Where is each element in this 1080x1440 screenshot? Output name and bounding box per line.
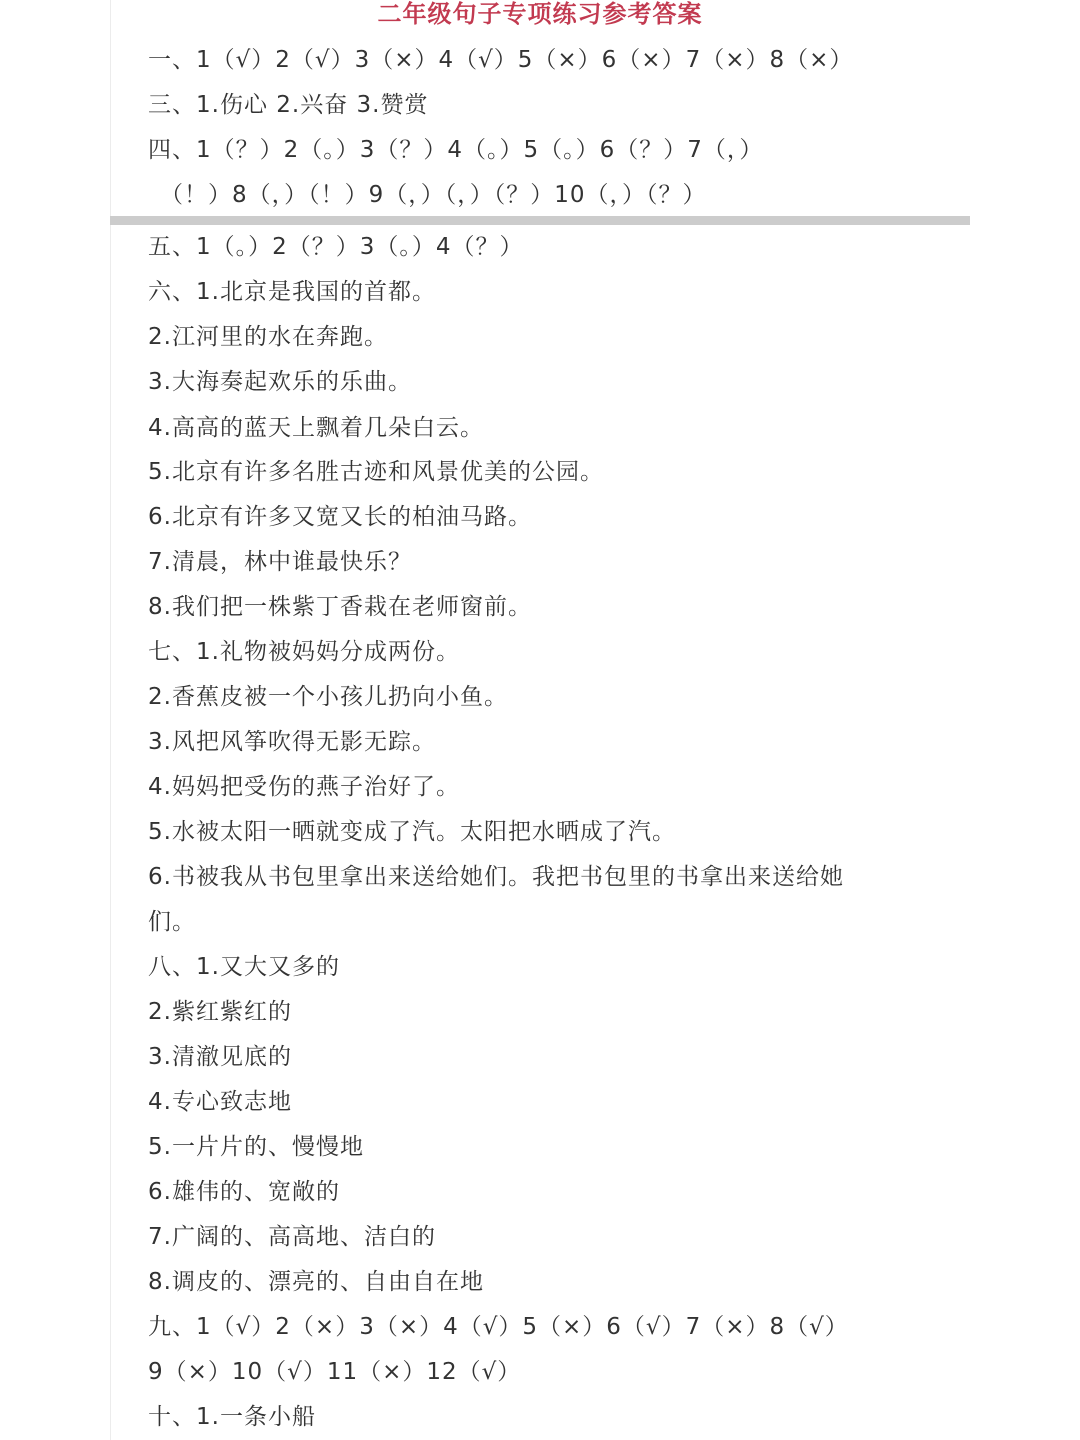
answer-line-section-9: 九、1（√）2（×）3（×）4（√）5（×）6（√）7（×）8（√） [148,1307,849,1347]
answer-line: 2.江河里的水在奔跑。 [148,317,388,357]
answer-line-section-7: 七、1.礼物被妈妈分成两份。 [148,632,460,672]
answer-line-section-5: 五、1（。）2（？）3（。）4（？） [148,227,524,267]
answer-line: 8.调皮的、漂亮的、自由自在地 [148,1262,484,1302]
answer-line: 6.书被我从书包里拿出来送给她们。我把书包里的书拿出来送给她 [148,857,844,897]
answer-line-section-4: 四、1（？）2（。）3（？）4（。）5（。）6（？）7（，） [148,130,763,170]
answer-line: 5.一片片的、慢慢地 [148,1127,364,1167]
answer-line: 8.我们把一株紫丁香栽在老师窗前。 [148,587,532,627]
answer-line-section-1: 一、1（√）2（√）3（×）4（√）5（×）6（×）7（×）8（×） [148,40,853,80]
document-title: 二年级句子专项练习参考答案 [0,0,1080,32]
answer-line: 6.雄伟的、宽敞的 [148,1172,340,1212]
answer-line-section-6: 六、1.北京是我国的首都。 [148,272,436,312]
answer-line-section-3: 三、1.伤心 2.兴奋 3.赞赏 [148,85,428,125]
answer-line: 3.清澈见底的 [148,1037,292,1077]
answer-line: 4.妈妈把受伤的燕子治好了。 [148,767,460,807]
answer-line: 4.高高的蓝天上飘着几朵白云。 [148,408,484,448]
answer-line-section-9-cont: 9（×）10（√）11（×）12（√） [148,1352,521,1392]
answer-line-section-8: 八、1.又大又多的 [148,947,340,987]
answer-line: 2.香蕉皮被一个小孩儿扔向小鱼。 [148,677,508,717]
answer-line-section-4-cont: （！）8（，）（！）9（，）（，）（？）10（，）（？） [160,175,707,215]
answer-line: 5.水被太阳一晒就变成了汽。太阳把水晒成了汽。 [148,812,676,852]
answer-line: 3.大海奏起欢乐的乐曲。 [148,362,412,402]
answer-line: 4.专心致志地 [148,1082,292,1122]
answer-line: 7.广阔的、高高地、洁白的 [148,1217,436,1257]
page-divider [110,216,970,225]
answer-line: 6.北京有许多又宽又长的柏油马路。 [148,497,532,537]
answer-line-section-10: 十、1.一条小船 [148,1397,316,1437]
answer-line: 5.北京有许多名胜古迹和风景优美的公园。 [148,452,604,492]
answer-line: 7.清晨，林中谁最快乐？ [148,542,412,582]
answer-line: 2.紫红紫红的 [148,992,292,1032]
answer-line-wrap: 们。 [148,902,196,942]
answer-line: 3.风把风筝吹得无影无踪。 [148,722,436,762]
